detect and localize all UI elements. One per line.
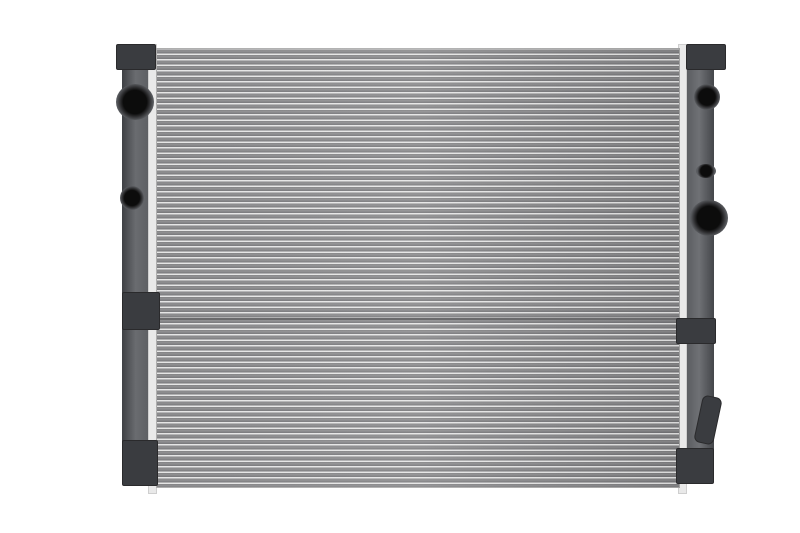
upper-right-port <box>694 84 720 110</box>
left-small-port <box>120 186 144 210</box>
upper-left-inlet-port <box>116 84 154 120</box>
top-left-bracket <box>116 44 156 70</box>
radiator-photo <box>0 0 800 533</box>
bottom-left-bracket <box>122 440 158 486</box>
core-seam <box>156 318 680 320</box>
right-outlet-port <box>690 200 728 236</box>
left-mid-bracket <box>122 292 160 330</box>
right-sensor-port <box>696 164 716 178</box>
bottom-right-bracket <box>676 448 714 484</box>
top-right-bracket <box>686 44 726 70</box>
radiator-core <box>156 48 680 488</box>
right-mid-bracket <box>676 318 716 344</box>
